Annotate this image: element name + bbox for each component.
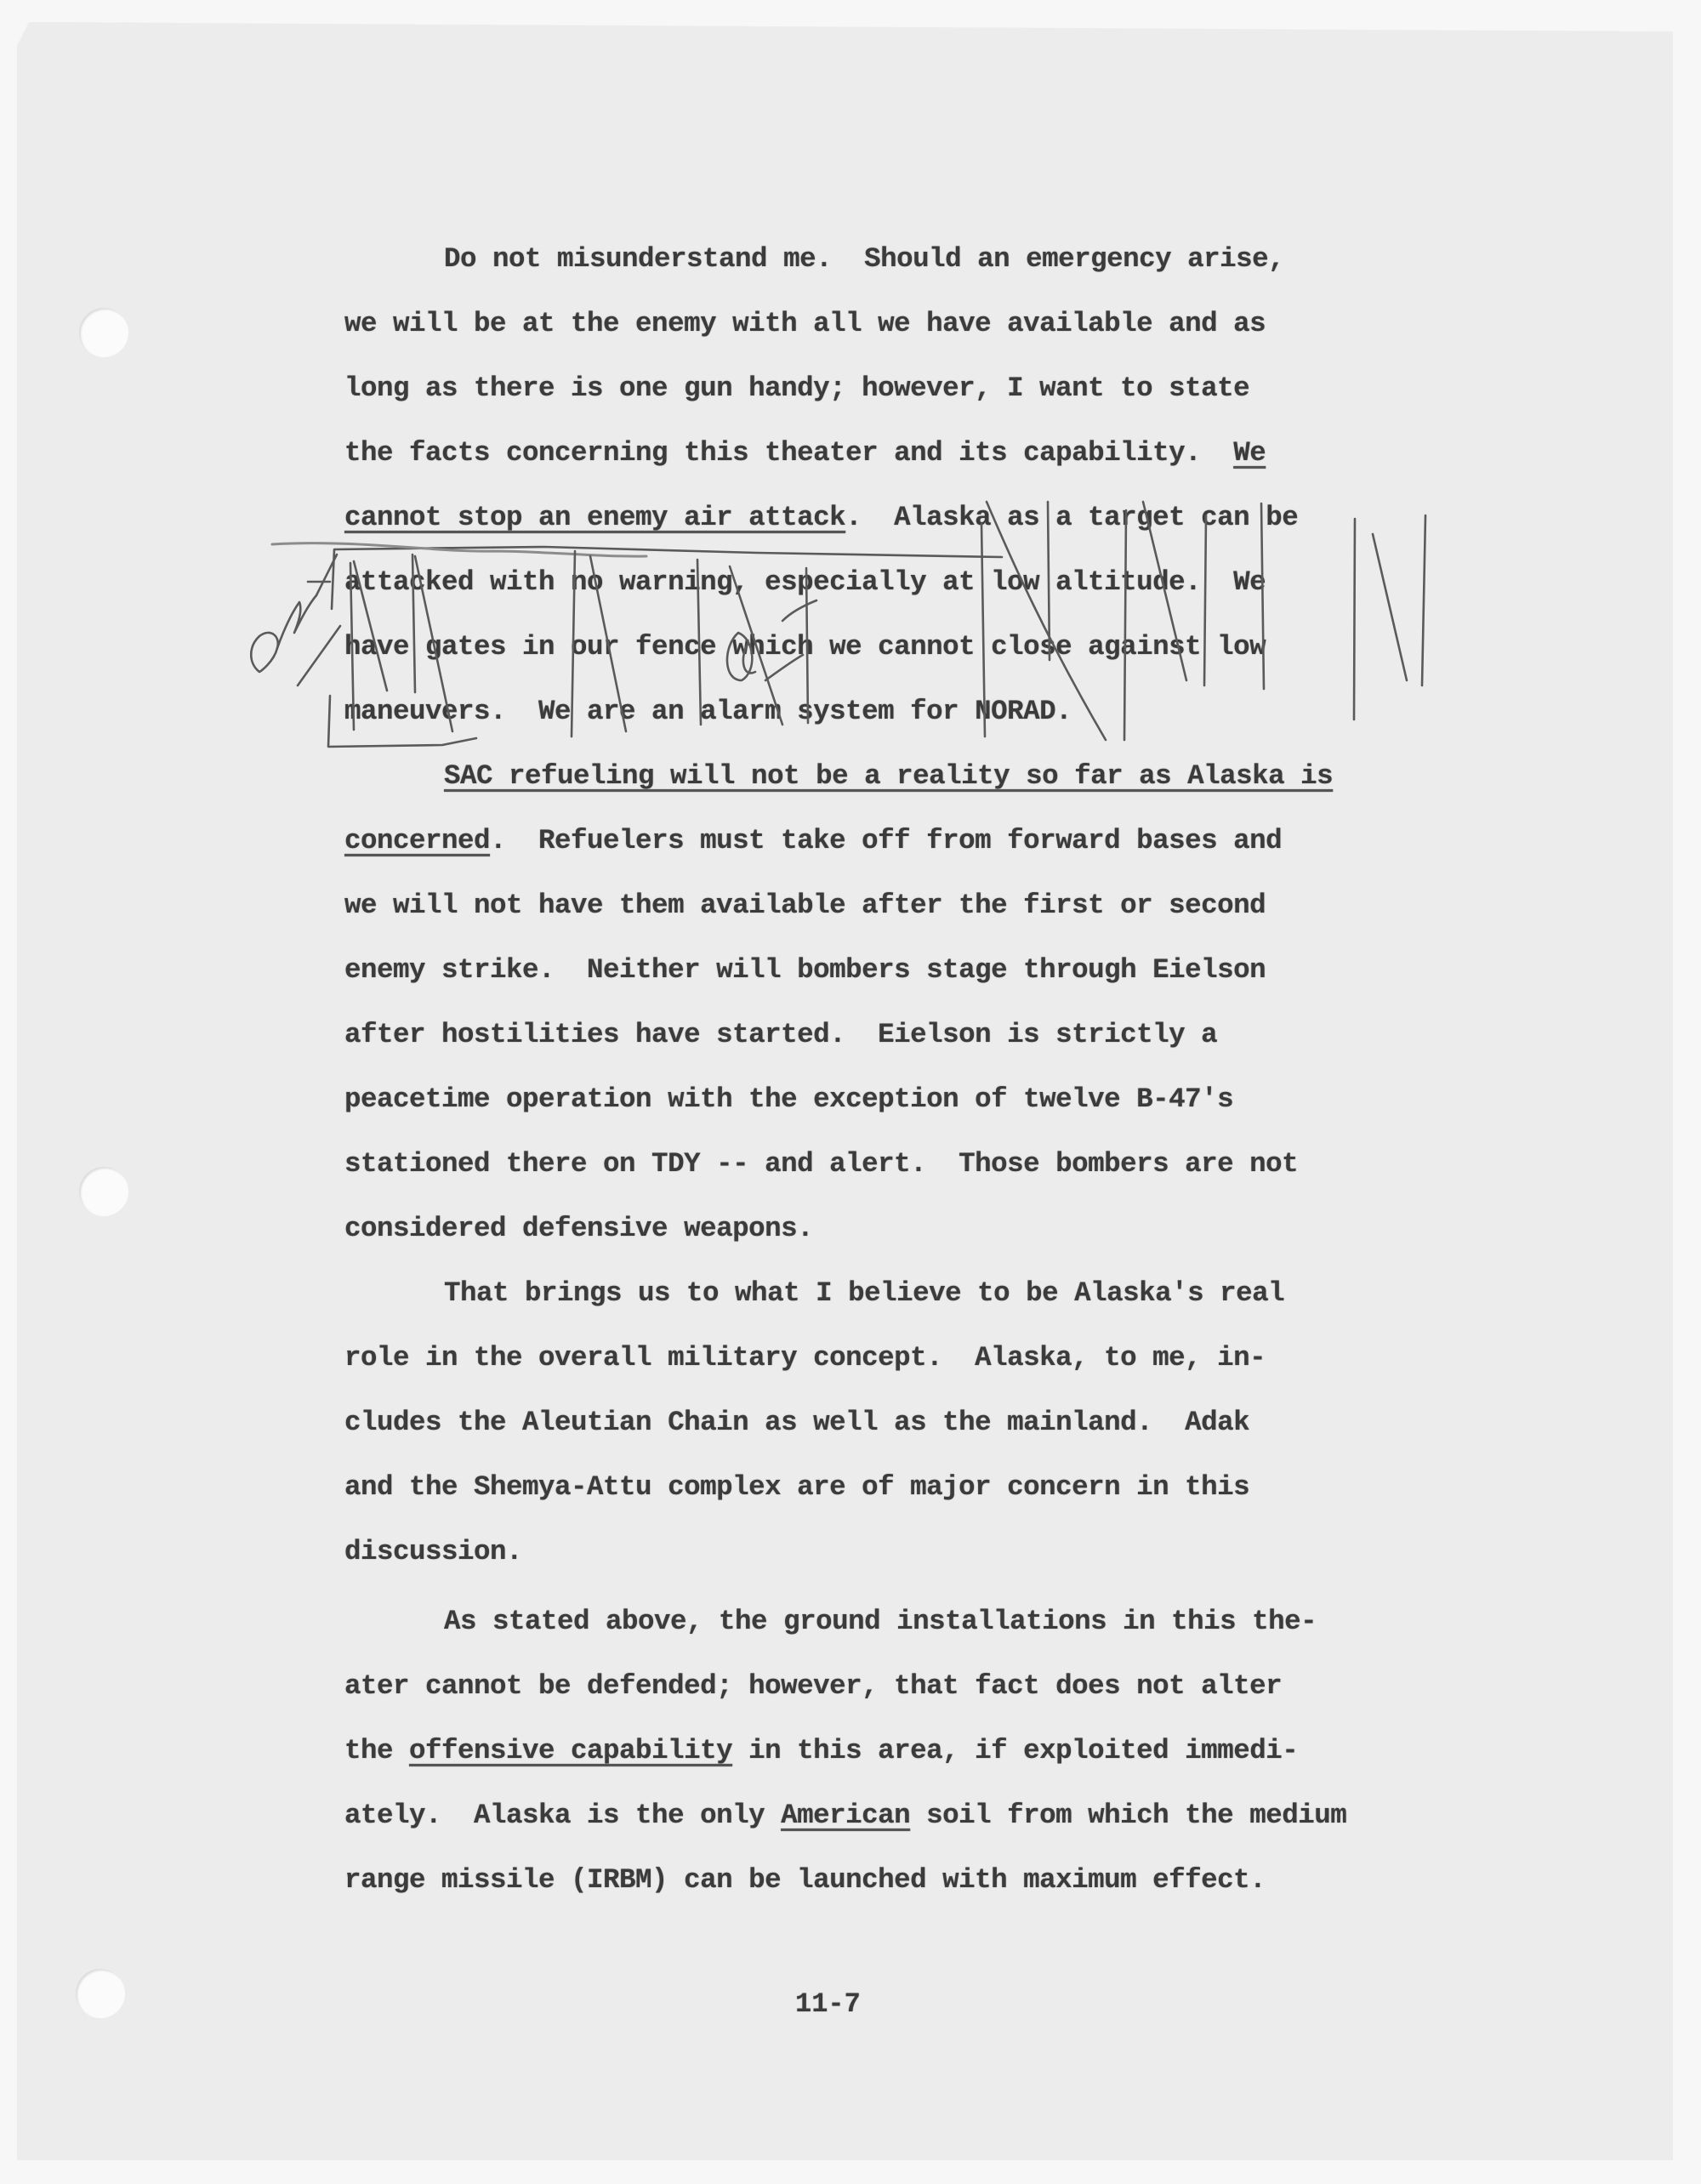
binder-hole-bottom: [76, 1969, 125, 2018]
text-line: stationed there on TDY -- and alert. Tho…: [344, 1147, 1298, 1181]
binder-hole-top: [79, 308, 128, 357]
text-line: concerned. Refuelers must take off from …: [344, 824, 1282, 858]
text-segment: the: [344, 1735, 409, 1766]
text-line: role in the overall military concept. Al…: [344, 1341, 1266, 1375]
text-line: considered defensive weapons.: [344, 1212, 813, 1246]
struck-text-line: have gates in our fence which we cannot …: [344, 630, 1266, 664]
text-line: the offensive capability in this area, i…: [344, 1734, 1298, 1768]
text-line: after hostilities have started. Eielson …: [344, 1018, 1217, 1052]
underlined-phrase: offensive capability: [409, 1735, 732, 1766]
text-segment: soil from which the medium: [910, 1800, 1346, 1831]
text-line: peacetime operation with the exception o…: [344, 1083, 1233, 1117]
text-segment: ately. Alaska is the only: [344, 1800, 781, 1831]
text-line: range missile (IRBM) can be launched wit…: [344, 1863, 1266, 1897]
text-line: and the Shemya-Attu complex are of major…: [344, 1470, 1249, 1504]
underlined-phrase: cannot stop an enemy air attack: [344, 502, 845, 533]
text-segment: the facts concerning this theater and it…: [344, 437, 1233, 469]
underlined-phrase: SAC refueling will not be a reality so f…: [444, 760, 1333, 792]
text-line: enemy strike. Neither will bombers stage…: [344, 953, 1266, 987]
struck-text-line: attacked with no warning, especially at …: [344, 566, 1266, 600]
underlined-phrase: concerned: [344, 825, 490, 856]
page-number: 11-7: [795, 1988, 861, 2020]
text-segment: . Alaska as a target can be: [845, 502, 1298, 533]
text-line: ately. Alaska is the only American soil …: [344, 1799, 1346, 1833]
struck-text-line: maneuvers. We are an alarm system for NO…: [344, 695, 1072, 729]
text-line: cludes the Aleutian Chain as well as the…: [344, 1406, 1249, 1440]
text-line: we will be at the enemy with all we have…: [344, 307, 1266, 341]
text-line: the facts concerning this theater and it…: [344, 436, 1266, 470]
text-line: we will not have them available after th…: [344, 889, 1266, 923]
text-segment: in this area, if exploited immedi-: [732, 1735, 1298, 1766]
text-line: That brings us to what I believe to be A…: [444, 1277, 1284, 1311]
text-line: As stated above, the ground installation…: [444, 1605, 1317, 1639]
underlined-phrase: We: [1233, 437, 1266, 469]
underlined-phrase: American: [781, 1800, 910, 1831]
text-line: cannot stop an enemy air attack. Alaska …: [344, 501, 1298, 535]
text-line: long as there is one gun handy; however,…: [344, 372, 1249, 406]
binder-hole-middle: [79, 1167, 128, 1216]
text-line: ater cannot be defended; however, that f…: [344, 1669, 1282, 1703]
text-line: Do not misunderstand me. Should an emerg…: [444, 242, 1284, 276]
text-line: discussion.: [344, 1535, 522, 1569]
text-segment: . Refuelers must take off from forward b…: [490, 825, 1282, 856]
text-line: SAC refueling will not be a reality so f…: [444, 759, 1333, 793]
